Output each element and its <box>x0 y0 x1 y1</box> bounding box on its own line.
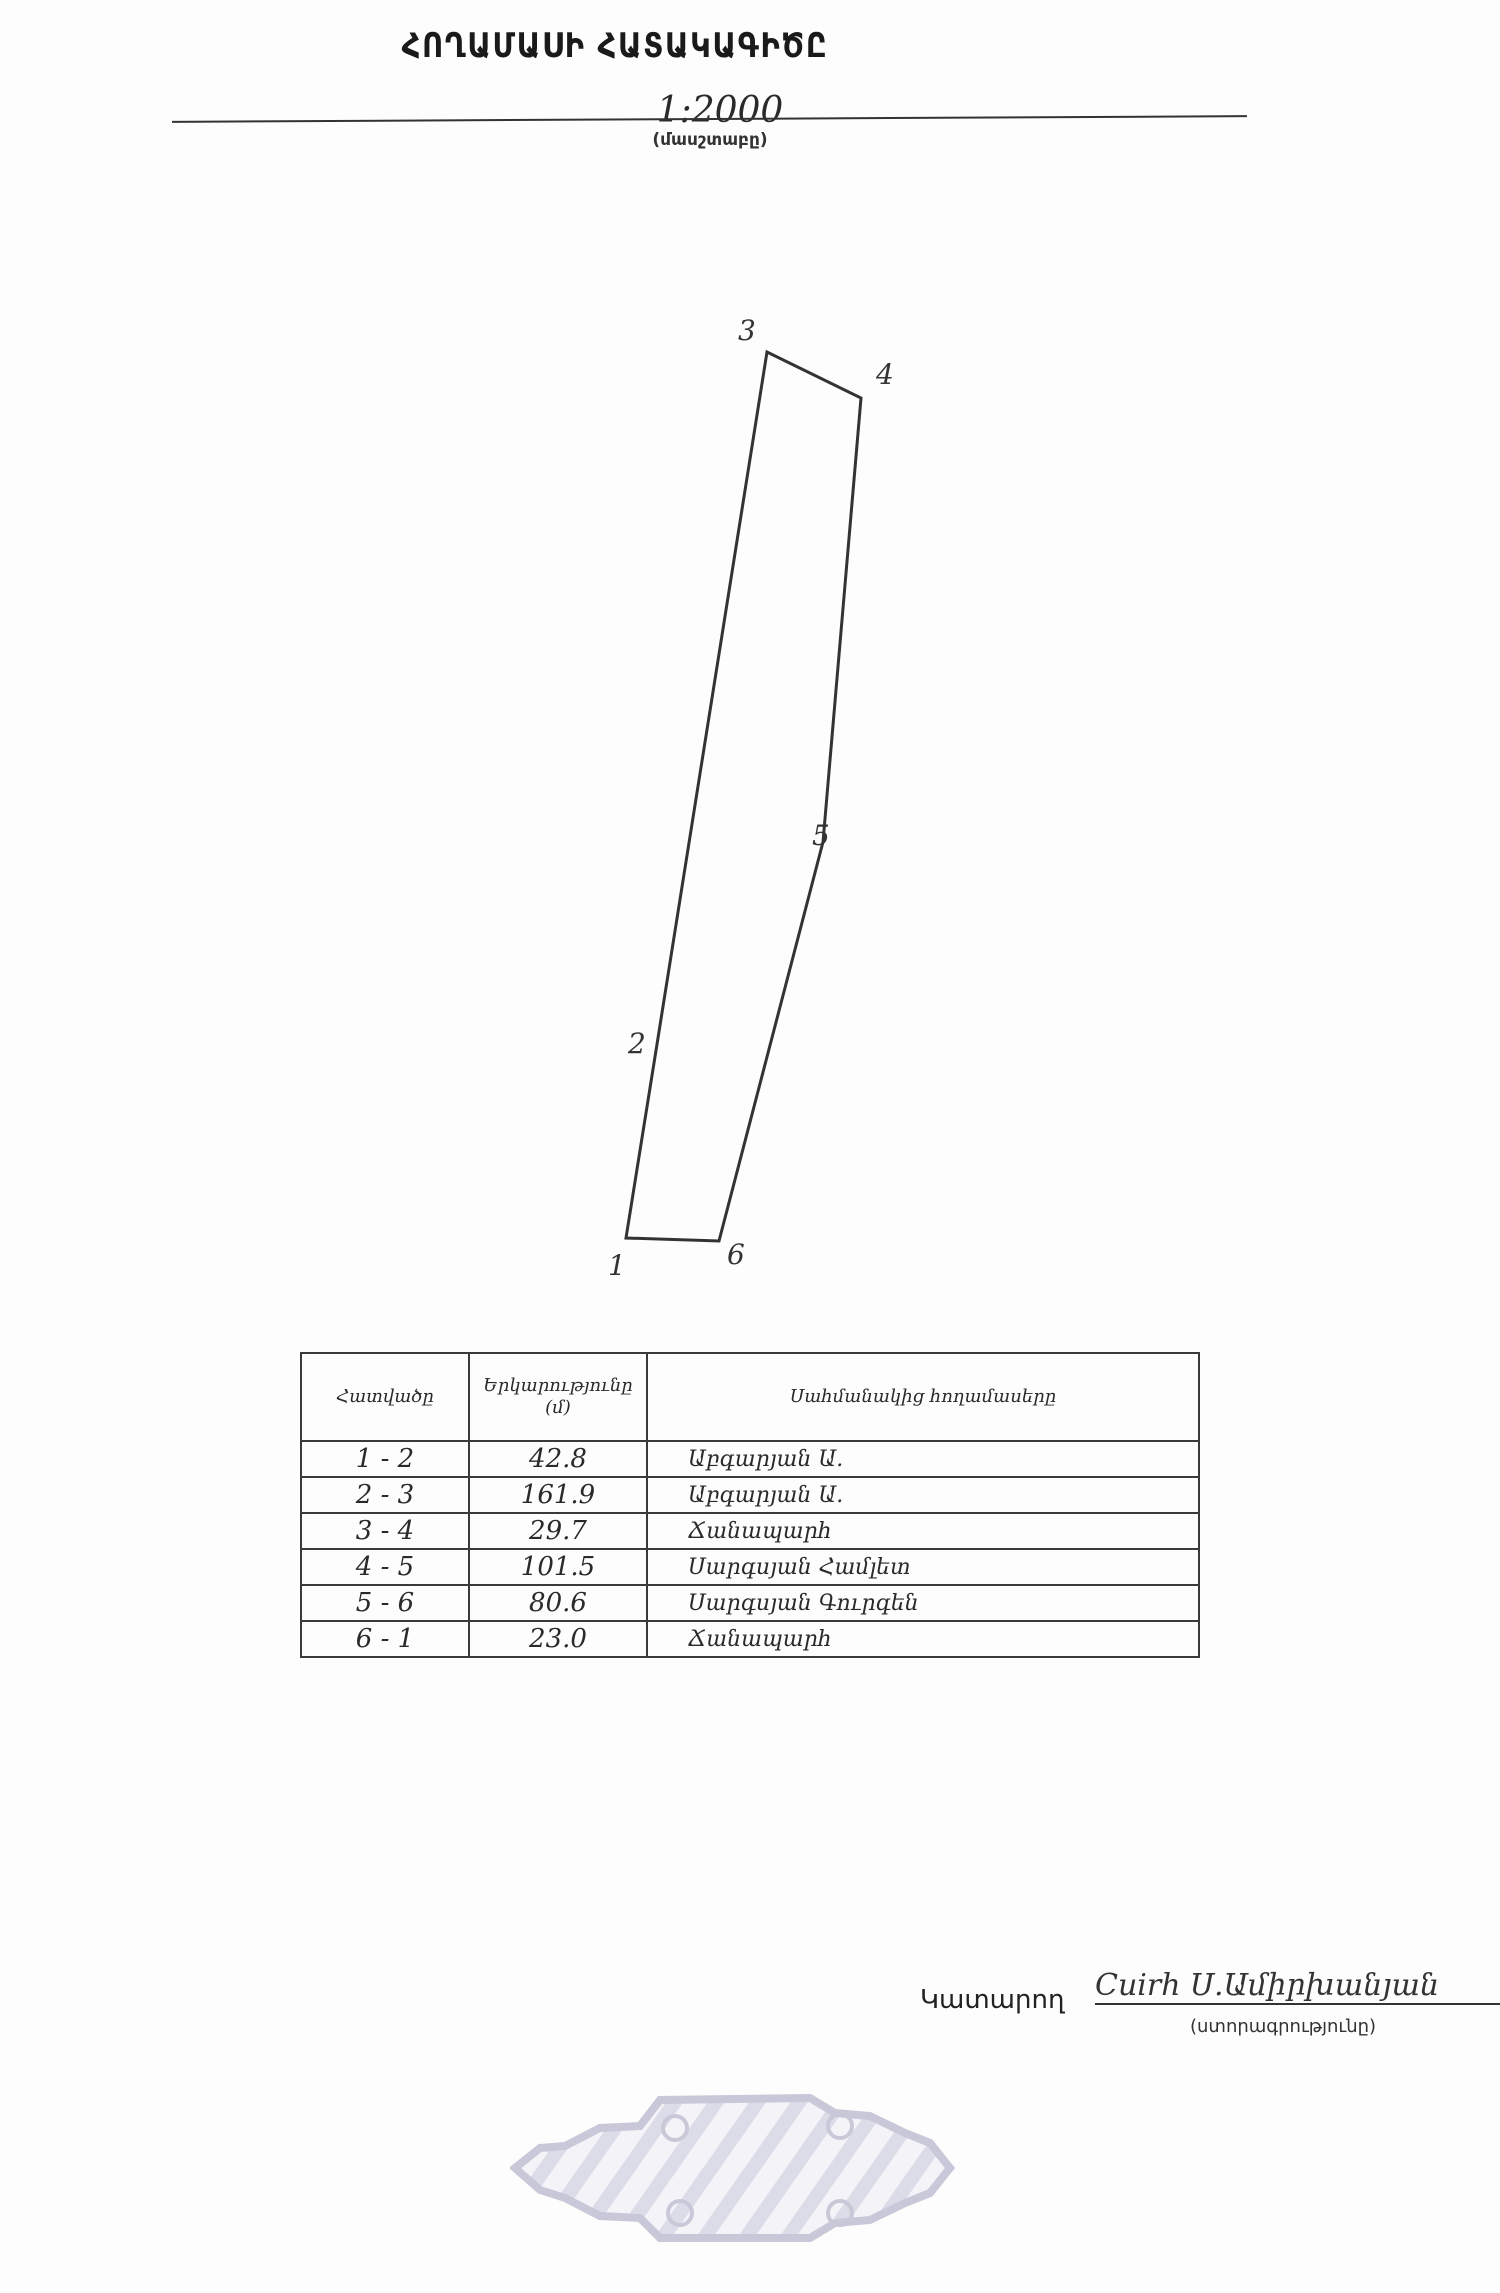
length-cell: 23.0 <box>469 1621 647 1657</box>
neighbor-cell: Սարգսյան Գուրգեն <box>647 1585 1199 1621</box>
plot-boundary <box>626 352 861 1241</box>
segment-cell: 6 - 1 <box>301 1621 469 1657</box>
table-row: 1 - 2 42.8 Աբգարյան Ա. <box>301 1441 1199 1477</box>
point-label-5: 5 <box>812 819 830 852</box>
point-label-4: 4 <box>875 358 894 391</box>
segment-cell: 3 - 4 <box>301 1513 469 1549</box>
length-cell: 161.9 <box>469 1477 647 1513</box>
segment-cell: 4 - 5 <box>301 1549 469 1585</box>
neighbor-cell: Աբգարյան Ա. <box>647 1477 1199 1513</box>
point-label-2: 2 <box>627 1027 646 1060</box>
table-row: 6 - 1 23.0 Ճանապարհ <box>301 1621 1199 1657</box>
neighbor-cell: Ճանապարհ <box>647 1513 1199 1549</box>
header-neighbors: Սահմանակից հողամասերը <box>647 1353 1199 1441</box>
point-label-6: 6 <box>727 1238 745 1271</box>
point-label-3: 3 <box>738 314 756 347</box>
table-row: 4 - 5 101.5 Սարգսյան Համլետ <box>301 1549 1199 1585</box>
segment-cell: 5 - 6 <box>301 1585 469 1621</box>
boundary-table: Հատվածը Երկարությունը (մ) Սահմանակից հող… <box>300 1352 1200 1658</box>
point-label-1: 1 <box>608 1249 626 1282</box>
decorative-seal <box>510 2088 955 2258</box>
signature-caption: (ստորագրությունը) <box>1190 2016 1376 2037</box>
header-segment: Հատվածը <box>301 1353 469 1441</box>
neighbor-cell: Սարգսյան Համլետ <box>647 1549 1199 1585</box>
table-row: 3 - 4 29.7 Ճանապարհ <box>301 1513 1199 1549</box>
signature: Cuirh Ս.Ամիրխանյան <box>1095 1968 1500 2005</box>
table-row: 5 - 6 80.6 Սարգսյան Գուրգեն <box>301 1585 1199 1621</box>
length-cell: 29.7 <box>469 1513 647 1549</box>
table-header-row: Հատվածը Երկարությունը (մ) Սահմանակից հող… <box>301 1353 1199 1441</box>
land-plot-plan: 1 2 3 4 5 6 <box>0 0 1500 1340</box>
performer-label: Կատարող <box>920 1985 1064 2015</box>
length-cell: 42.8 <box>469 1441 647 1477</box>
length-cell: 80.6 <box>469 1585 647 1621</box>
length-cell: 101.5 <box>469 1549 647 1585</box>
neighbor-cell: Աբգարյան Ա. <box>647 1441 1199 1477</box>
table-row: 2 - 3 161.9 Աբգարյան Ա. <box>301 1477 1199 1513</box>
segment-cell: 1 - 2 <box>301 1441 469 1477</box>
neighbor-cell: Ճանապարհ <box>647 1621 1199 1657</box>
segment-cell: 2 - 3 <box>301 1477 469 1513</box>
header-length: Երկարությունը (մ) <box>469 1353 647 1441</box>
